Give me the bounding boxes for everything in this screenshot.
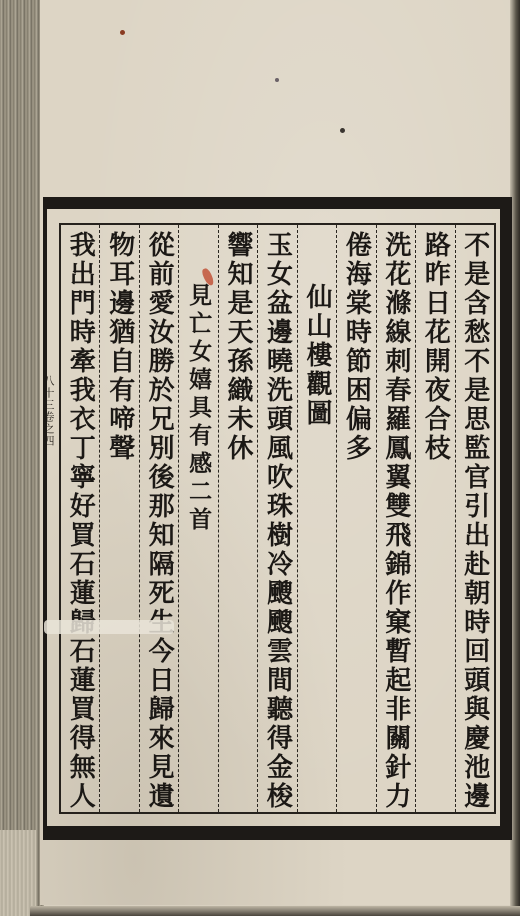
text-frame: 不是含愁不是思監官引出赴朝時回頭與慶池邊 路昨日花開夜合枝 洗花滌線刺春羅鳳翼雙… bbox=[59, 223, 496, 814]
column-text: 從前愛汝勝於兄別後那知隔死生今日歸來見遺 bbox=[146, 231, 172, 811]
text-column-5: 仙山樓觀圖 bbox=[297, 225, 336, 812]
poem-title: 仙山樓觀圖 bbox=[304, 283, 330, 428]
page-bottom-edge bbox=[30, 906, 520, 916]
column-text: 不是含愁不是思監官引出赴朝時回頭與慶池邊 bbox=[462, 231, 488, 811]
text-column-7: 響知是天孫織未休 bbox=[218, 225, 257, 812]
text-column-4: 倦海棠時節困偏多 bbox=[336, 225, 375, 812]
column-text: 洗花滌線刺春羅鳳翼雙飛錦作窠暫起非關針力 bbox=[383, 231, 409, 811]
scanned-book-page: 八十三卷之四 不是含愁不是思監官引出赴朝時回頭與慶池邊 路昨日花開夜合枝 洗花滌… bbox=[0, 0, 520, 916]
page-stack-edge-lower bbox=[0, 830, 36, 916]
stain-spot bbox=[340, 128, 345, 133]
column-text: 物耳邊猶自有啼聲 bbox=[107, 231, 133, 463]
paper-tear bbox=[44, 620, 174, 634]
column-text: 響知是天孫織未休 bbox=[225, 231, 251, 463]
text-column-11: 我出門時牽我衣丁寧好買石蓮歸石蓮買得無人 bbox=[61, 225, 99, 812]
column-text: 倦海棠時節困偏多 bbox=[343, 231, 369, 463]
text-column-6: 玉女盆邊曉洗頭風吹珠樹冷颼颼雲間聽得金梭 bbox=[257, 225, 296, 812]
text-column-10: 物耳邊猶自有啼聲 bbox=[99, 225, 138, 812]
stain-spot bbox=[120, 30, 125, 35]
poem-title: 見亡女嬉具有感二首 bbox=[187, 283, 210, 535]
column-text: 玉女盆邊曉洗頭風吹珠樹冷颼颼雲間聽得金梭 bbox=[265, 231, 291, 811]
text-column-2: 路昨日花開夜合枝 bbox=[415, 225, 454, 812]
text-column-3: 洗花滌線刺春羅鳳翼雙飛錦作窠暫起非關針力 bbox=[376, 225, 415, 812]
column-text: 我出門時牽我衣丁寧好買石蓮歸石蓮買得無人 bbox=[67, 231, 93, 811]
text-column-1: 不是含愁不是思監官引出赴朝時回頭與慶池邊 bbox=[455, 225, 494, 812]
page-stack-edge bbox=[0, 0, 44, 916]
text-column-8: 見亡女嬉具有感二首 bbox=[178, 225, 217, 812]
printed-text-block: 不是含愁不是思監官引出赴朝時回頭與慶池邊 路昨日花開夜合枝 洗花滌線刺春羅鳳翼雙… bbox=[43, 197, 512, 840]
text-columns: 不是含愁不是思監官引出赴朝時回頭與慶池邊 路昨日花開夜合枝 洗花滌線刺春羅鳳翼雙… bbox=[61, 225, 494, 812]
column-text: 路昨日花開夜合枝 bbox=[422, 231, 448, 463]
text-column-9: 從前愛汝勝於兄別後那知隔死生今日歸來見遺 bbox=[139, 225, 178, 812]
stain-spot bbox=[275, 78, 279, 82]
